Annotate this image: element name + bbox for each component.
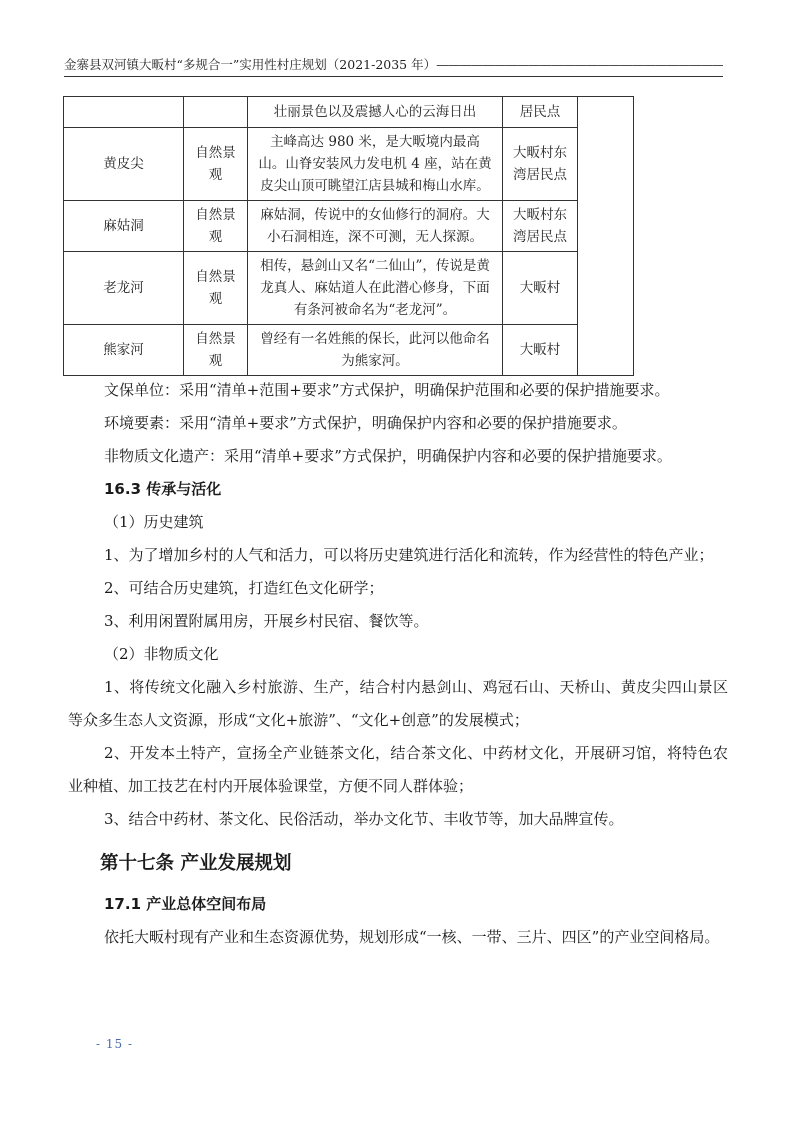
table-row: 壮丽景色以及震撼人心的云海日出 居民点 [64,97,634,128]
cell-name: 老龙河 [64,252,184,325]
header-rule-dashes: —————————————————————————— [436,56,723,74]
subsection-historic-buildings: （1）历史建筑 [68,506,728,539]
table-row: 黄皮尖 自然景观 主峰高达 980 米，是大畈境内最高山。山脊安装风力发电机 4… [64,128,634,201]
cell-name [64,97,184,128]
cell-description: 曾经有一名姓熊的保长，此河以他命名为熊家河。 [248,325,503,376]
table-row: 麻姑洞 自然景观 麻姑洞，传说中的女仙修行的洞府。大小石洞相连，深不可测，无人探… [64,201,634,252]
cell-type: 自然景观 [184,252,248,325]
list-item: 2、开发本土特产，宣扬全产业链茶文化，结合茶文化、中药材文化，开展研习馆，将特色… [68,737,728,803]
list-item: 3、利用闲置附属用房，开展乡村民宿、餐饮等。 [68,605,728,638]
protection-environment: 环境要素：采用“清单+要求”方式保护，明确保护内容和必要的保护措施要求。 [68,407,728,440]
page-number: - 15 - [96,1037,133,1051]
cell-type: 自然景观 [184,325,248,376]
cell-description: 相传，悬剑山又名“二仙山”，传说是黄龙真人、麻姑道人在此潜心修身，下面有条河被命… [248,252,503,325]
section-17-1-text: 依托大畈村现有产业和生态资源优势，规划形成“一核、一带、三片、四区”的产业空间格… [68,921,728,954]
list-item: 2、可结合历史建筑，打造红色文化研学； [68,572,728,605]
landscape-resource-table: 壮丽景色以及震撼人心的云海日出 居民点 黄皮尖 自然景观 主峰高达 980 米，… [63,96,634,376]
cell-name: 麻姑洞 [64,201,184,252]
cell-type: 自然景观 [184,128,248,201]
section-heading-17-1: 17.1 产业总体空间布局 [68,888,728,921]
header-title: 金寨县双河镇大畈村“多规合一”实用性村庄规划（2021-2035 年） [64,57,436,72]
cell-type: 自然景观 [184,201,248,252]
running-header: 金寨县双河镇大畈村“多规合一”实用性村庄规划（2021-2035 年）—————… [64,56,723,77]
cell-location: 大畈村东湾居民点 [503,201,578,252]
list-item: 3、结合中药材、茶文化、民俗活动，举办文化节、丰收节等，加大品牌宣传。 [68,803,728,836]
cell-description: 麻姑洞，传说中的女仙修行的洞府。大小石洞相连，深不可测，无人探源。 [248,201,503,252]
cell-location: 大畈村 [503,325,578,376]
cell-location: 居民点 [503,97,578,128]
cell-description: 主峰高达 980 米，是大畈境内最高山。山脊安装风力发电机 4 座，站在黄皮尖山… [248,128,503,201]
article-heading-17: 第十七条 产业发展规划 [68,846,728,882]
cell-name: 黄皮尖 [64,128,184,201]
cell-location: 大畈村东湾居民点 [503,128,578,201]
list-item: 1、为了增加乡村的人气和活力，可以将历史建筑进行活化和流转，作为经营性的特色产业… [68,539,728,572]
protection-intangible-heritage: 非物质文化遗产：采用“清单+要求”方式保护，明确保护内容和必要的保护措施要求。 [68,440,728,473]
cell-name: 熊家河 [64,325,184,376]
cell-type [184,97,248,128]
document-body: 文保单位：采用“清单+范围+要求”方式保护，明确保护范围和必要的保护措施要求。 … [68,374,728,954]
table-row: 老龙河 自然景观 相传，悬剑山又名“二仙山”，传说是黄龙真人、麻姑道人在此潜心修… [64,252,634,325]
cell-location: 大畈村 [503,252,578,325]
section-heading-16-3: 16.3 传承与活化 [68,473,728,506]
subsection-intangible-culture: （2）非物质文化 [68,638,728,671]
cell-description: 壮丽景色以及震撼人心的云海日出 [248,97,503,128]
cell-merged-extra [578,97,634,376]
protection-cultural-relics: 文保单位：采用“清单+范围+要求”方式保护，明确保护范围和必要的保护措施要求。 [68,374,728,407]
table-row: 熊家河 自然景观 曾经有一名姓熊的保长，此河以他命名为熊家河。 大畈村 [64,325,634,376]
list-item: 1、将传统文化融入乡村旅游、生产，结合村内悬剑山、鸡冠石山、天桥山、黄皮尖四山景… [68,671,728,737]
